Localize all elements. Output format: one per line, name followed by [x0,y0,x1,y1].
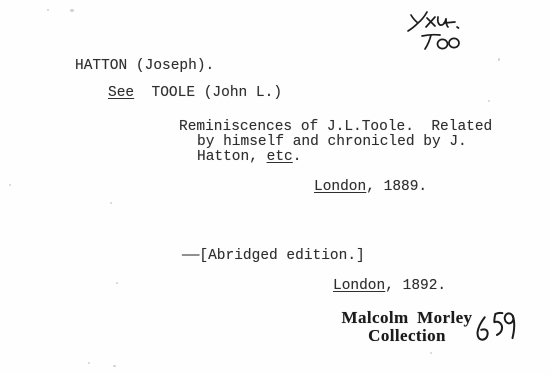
scan-speck [110,202,112,204]
stamp-line-1: Malcolm Morley [340,309,474,327]
shelfmark-handwriting [382,6,488,58]
imprint-1892: London, 1892. [333,279,446,294]
see-word: See [108,85,134,101]
scan-speck [70,9,74,12]
title-line-3-pre: Hatton, [197,149,267,165]
stamp-line-2: Collection [340,327,474,345]
imprint-1892-date: , 1892. [385,278,446,294]
title-line-1: Reminiscences of J.L.Toole. Related [179,120,492,135]
heading: HATTON (Joseph). [75,59,214,74]
scan-speck [430,352,432,354]
title-line-3: Hatton, etc. [197,150,301,165]
collection-stamp: Malcolm Morley Collection [340,309,474,345]
scan-speck [498,58,500,61]
imprint-1892-place: London [333,278,385,294]
catalog-card: HATTON (Joseph). See TOOLE (John L.) Rem… [0,0,550,374]
imprint-1889: London, 1889. [314,180,427,195]
accession-number-handwriting [470,307,524,345]
title-line-2: by himself and chronicled by J. [197,135,467,150]
scan-speck [116,282,118,284]
imprint-1889-date: , 1889. [366,179,427,195]
scan-speck [9,184,11,186]
scan-speck [113,365,116,367]
see-reference: See TOOLE (John L.) [108,86,282,101]
see-target: TOOLE (John L.) [134,85,282,101]
edition-note: ——[Abridged edition.] [182,249,365,264]
scan-speck [47,9,49,11]
title-line-3-etc: etc [267,149,293,165]
imprint-1889-place: London [314,179,366,195]
scan-speck [88,362,90,364]
scan-speck [488,100,490,102]
title-line-3-period: . [293,149,302,165]
